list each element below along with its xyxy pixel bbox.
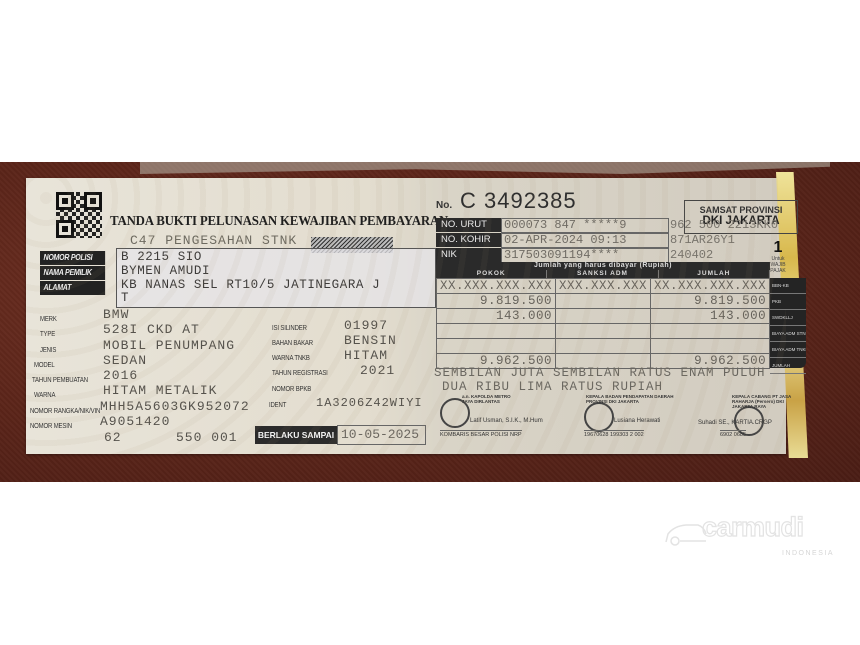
cell-jumlah bbox=[651, 339, 770, 354]
model-value: SEDAN bbox=[103, 353, 147, 368]
table-row bbox=[437, 324, 770, 339]
cell-pokok bbox=[437, 324, 556, 339]
payment-row-labels: BBN-KB PKB SWDKLLJ BIAYA ADM STNK BIAYA … bbox=[770, 278, 806, 368]
table-row: XX.XXX.XXX.XXXXXX.XXX.XXXXX.XXX.XXX.XXX bbox=[437, 279, 770, 294]
ident-label: IDENT bbox=[269, 400, 286, 409]
document-number: C 3492385 bbox=[460, 188, 577, 214]
tahun-registrasi-value: 2021 bbox=[360, 363, 395, 378]
isi-silinder-label: ISI SILINDER bbox=[272, 323, 307, 332]
isi-silinder-value: 01997 bbox=[344, 318, 388, 333]
tahun-registrasi-label: TAHUN REGISTRASI bbox=[272, 368, 328, 377]
warna-tnkb-value: HITAM bbox=[344, 348, 388, 363]
row-label: SWDKLLJ bbox=[770, 310, 806, 326]
no-kohir-ext: 871AR26Y1 bbox=[670, 233, 735, 247]
alamat-value-line1: KB NANAS SEL RT10/5 JATINEGARA J bbox=[121, 278, 380, 292]
payment-column-headers: POKOK SANKSI ADM JUMLAH bbox=[436, 270, 770, 278]
warna-tnkb-label: WARNA TNKB bbox=[272, 353, 310, 362]
signature-role: KEPALA BADAN PENDAPATAN DAERAH PROVINSI … bbox=[586, 394, 676, 404]
merk-label: MERK bbox=[40, 314, 57, 323]
bahan-bakar-label: BAHAN BAKAR bbox=[272, 338, 313, 347]
amount-in-words: SEMBILAN JUTA SEMBILAN RATUS ENAM PULUH … bbox=[434, 366, 766, 394]
cell-jumlah: 143.000 bbox=[651, 309, 770, 324]
cell-sanksi: XXX.XXX.XXX bbox=[556, 279, 651, 294]
number-label: No. bbox=[436, 200, 452, 211]
nik-ext: 240402 bbox=[670, 248, 713, 262]
nama-pemilik-value: BYMEN AMUDI bbox=[121, 264, 210, 278]
carmudi-watermark: carmudi INDONESIA bbox=[662, 512, 842, 560]
column-jumlah: JUMLAH bbox=[659, 270, 770, 278]
cell-pokok: 9.819.500 bbox=[437, 294, 556, 309]
signature-nip: 6902 0685 bbox=[720, 430, 746, 438]
nik-value: 317503091194**** bbox=[501, 248, 669, 263]
no-kohir-label: NO. KOHIR bbox=[436, 233, 501, 247]
no-urut-ext: 962 500 2213KK0 bbox=[670, 218, 778, 232]
signature-nip: 19670628 199303 2 002 bbox=[584, 430, 644, 438]
owner-info-box: B 2215 SIO BYMEN AMUDI KB NANAS SEL RT10… bbox=[116, 248, 436, 308]
copy-digit: 1 bbox=[766, 240, 790, 256]
qr-code-icon bbox=[54, 190, 104, 240]
no-urut-value: 000073 847 *****9 bbox=[501, 218, 669, 233]
table-row bbox=[437, 339, 770, 354]
extra-code-2: 550 001 bbox=[176, 430, 238, 445]
nomor-mesin-value: A9051420 bbox=[100, 414, 170, 429]
row-label: BIAYA ADM TNKB bbox=[770, 342, 806, 358]
nomor-bpkb-label: NOMOR BPKB bbox=[272, 384, 311, 393]
terbilang-line2: DUA RIBU LIMA RATUS RUPIAH bbox=[434, 380, 766, 394]
extra-code-1: 62 bbox=[104, 430, 122, 445]
document-title: TANDA BUKTI PELUNASAN KEWAJIBAN PEMBAYAR… bbox=[110, 214, 448, 230]
cell-pokok: XX.XXX.XXX.XXX bbox=[437, 279, 556, 294]
warna-label: WARNA bbox=[34, 390, 55, 399]
alamat-value-line2: T bbox=[121, 291, 129, 305]
document-subtitle: C47 PENGESAHAN STNK bbox=[130, 233, 297, 248]
nomor-mesin-label: NOMOR MESIN bbox=[30, 421, 72, 430]
nomor-polisi-label: NOMOR POLISI bbox=[40, 251, 105, 265]
warna-value: HITAM METALIK bbox=[103, 383, 217, 398]
row-label: BBN-KB bbox=[770, 278, 806, 294]
type-value: 528I CKD AT bbox=[103, 322, 200, 337]
table-row: 9.819.5009.819.500 bbox=[437, 294, 770, 309]
cell-sanksi bbox=[556, 309, 651, 324]
bahan-bakar-value: BENSIN bbox=[344, 333, 397, 348]
cell-sanksi bbox=[556, 339, 651, 354]
nomor-rangka-label: NOMOR RANGKA/NIK/VIN bbox=[30, 406, 100, 415]
signature-name: Lusiana Herawati bbox=[614, 418, 660, 424]
signature-name: Suhadi SE., KARTIA.CRGP bbox=[698, 420, 772, 426]
jenis-label: JENIS bbox=[40, 345, 56, 354]
cell-pokok: 143.000 bbox=[437, 309, 556, 324]
nik-label: NIK bbox=[436, 248, 501, 262]
signature-name: Latif Usman, S.I.K., M.Hum bbox=[470, 418, 543, 424]
watermark-sub: INDONESIA bbox=[782, 550, 834, 557]
stnk-receipt: TANDA BUKTI PELUNASAN KEWAJIBAN PEMBAYAR… bbox=[26, 178, 786, 454]
dki-seal-icon bbox=[584, 402, 614, 432]
cell-pokok bbox=[437, 339, 556, 354]
cell-sanksi bbox=[556, 294, 651, 309]
signature-nip: KOMBARIS BESAR POLISI NRP bbox=[440, 430, 522, 438]
model-label: MODEL bbox=[34, 360, 55, 369]
row-label: JUMLAH bbox=[770, 358, 806, 374]
payment-header: Jumlah yang harus dibayar (Rupiah) bbox=[436, 262, 770, 270]
merk-value: BMW bbox=[103, 307, 129, 322]
table-row: 143.000143.000 bbox=[437, 309, 770, 324]
cell-jumlah: XX.XXX.XXX.XXX bbox=[651, 279, 770, 294]
cell-jumlah: 9.819.500 bbox=[651, 294, 770, 309]
column-pokok: POKOK bbox=[436, 270, 547, 278]
column-sanksi: SANKSI ADM bbox=[547, 270, 658, 278]
berlaku-sampai-value: 10-05-2025 bbox=[337, 425, 426, 445]
no-kohir-value: 02-APR-2024 09:13 bbox=[501, 233, 669, 248]
terbilang-line1: SEMBILAN JUTA SEMBILAN RATUS ENAM PULUH bbox=[434, 366, 766, 380]
tahun-pembuatan-value: 2016 bbox=[103, 368, 138, 383]
cell-jumlah bbox=[651, 324, 770, 339]
payment-table: XX.XXX.XXX.XXXXXX.XXX.XXXXX.XXX.XXX.XXX … bbox=[436, 278, 770, 369]
cell-sanksi bbox=[556, 324, 651, 339]
nomor-rangka-value: MHH5A5603GK952072 bbox=[100, 399, 250, 414]
nomor-polisi-value: B 2215 SIO bbox=[121, 250, 202, 264]
signature-role: KEPALA CABANG PT JASA RAHARJA (Persero) … bbox=[732, 394, 802, 409]
jenis-value: MOBIL PENUMPANG bbox=[103, 338, 235, 353]
signature-role: a.n. KAPOLDA METRO JAYA DIRLANTAS bbox=[462, 394, 522, 404]
issuer-line1: SAMSAT PROVINSI bbox=[685, 205, 797, 215]
berlaku-sampai-label: BERLAKU SAMPAI bbox=[255, 426, 337, 444]
nama-pemilik-label: NAMA PEMILIK bbox=[40, 266, 105, 280]
ident-value: 1A3206Z42WIYI bbox=[316, 396, 423, 410]
type-label: TYPE bbox=[40, 329, 55, 338]
row-label: BIAYA ADM STNK bbox=[770, 326, 806, 342]
watermark-brand: carmudi bbox=[702, 512, 804, 543]
no-urut-label: NO. URUT bbox=[436, 218, 501, 232]
row-label: PKB bbox=[770, 294, 806, 310]
tahun-pembuatan-label: TAHUN PEMBUATAN bbox=[32, 375, 88, 384]
alamat-label: ALAMAT bbox=[40, 281, 105, 295]
